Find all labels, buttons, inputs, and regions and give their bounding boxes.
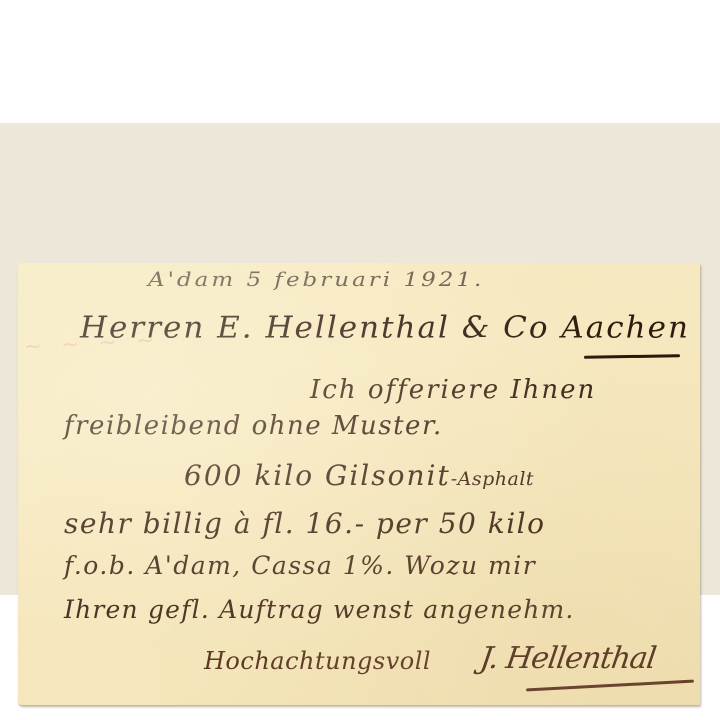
body-line-2: freibleibend ohne Muster.	[64, 411, 443, 441]
date-line: A'dam 5 februari 1921.	[148, 269, 484, 291]
addressee-underline	[584, 354, 680, 359]
body-line-4: sehr billig à fl. 16.- per 50 kilo	[64, 507, 545, 540]
body-line-1: Ich offeriere Ihnen	[310, 375, 596, 405]
signature-underline	[526, 680, 694, 692]
body-line-6: Ihren gefl. Auftrag wenst angenehm.	[64, 595, 575, 624]
signature: J. Hellenthal	[478, 641, 658, 676]
body-line-3-main: 600 kilo Gilsonit	[184, 459, 451, 492]
body-line-5: f.o.b. A'dam, Cassa 1%. Wozu mir	[64, 551, 536, 580]
body-line-3-suffix: -Asphalt	[451, 468, 534, 490]
postcard: ~ ~ ~ ~ A'dam 5 februari 1921. Herren E.…	[18, 263, 700, 705]
body-line-3: 600 kilo Gilsonit-Asphalt	[184, 459, 534, 492]
addressee-line: Herren E. Hellenthal & Co Aachen	[80, 311, 690, 345]
scan-background-mat: ~ ~ ~ ~ A'dam 5 februari 1921. Herren E.…	[0, 123, 720, 595]
closing-salutation: Hochachtungsvoll	[204, 647, 431, 675]
